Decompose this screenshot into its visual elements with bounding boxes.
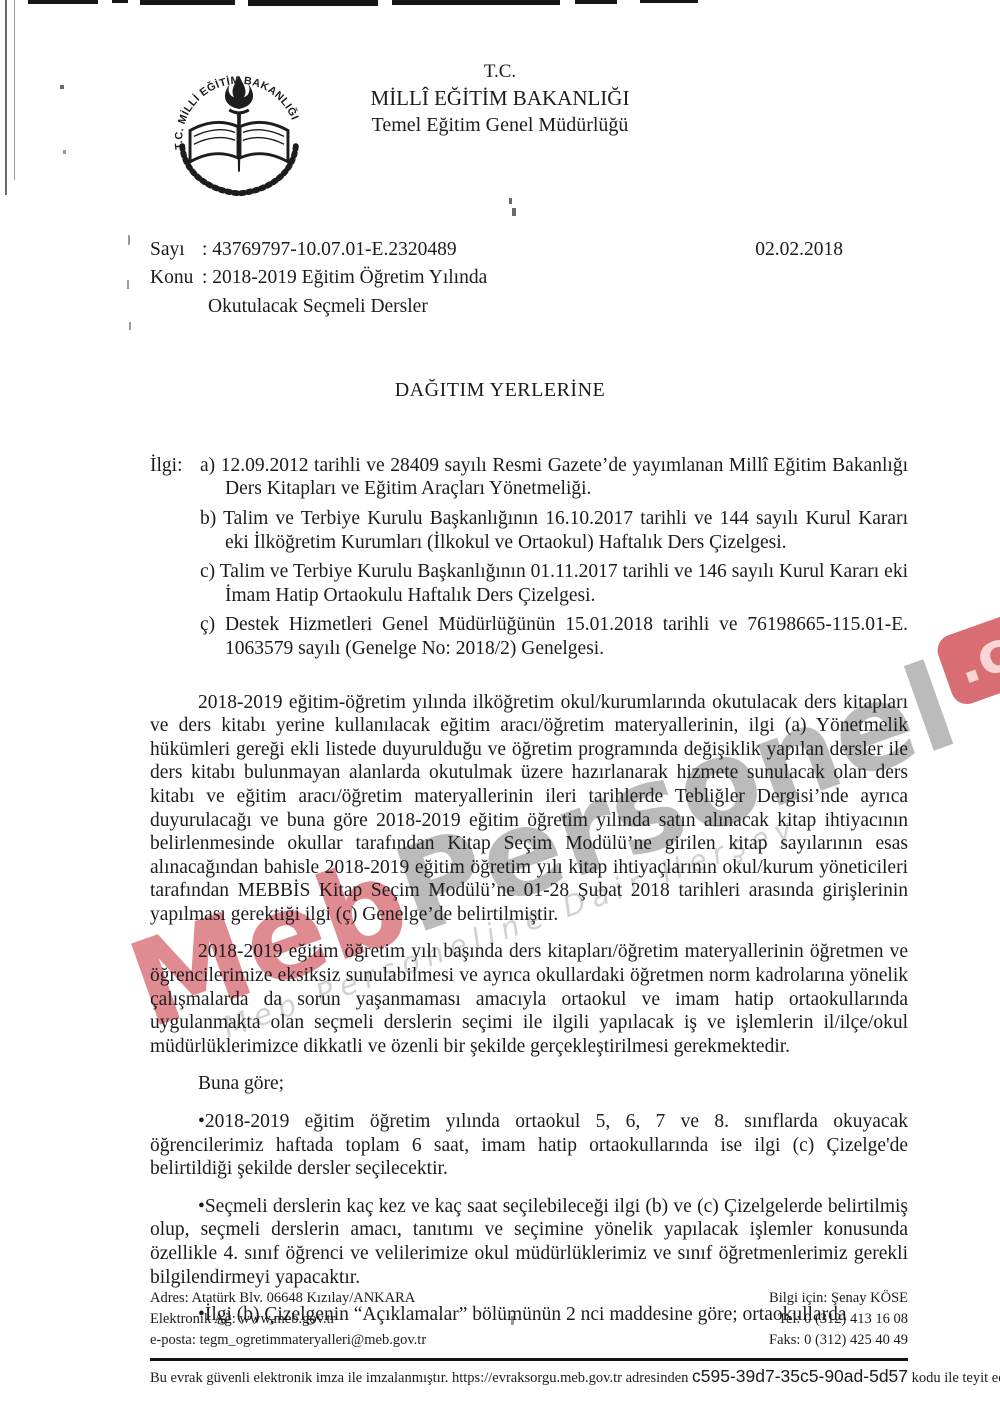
ilgi-item-b: b) Talim ve Terbiye Kurulu Başkanlığının… (200, 507, 908, 554)
sayi-label: Sayı (150, 236, 202, 264)
footer-fax: Faks: 0 (312) 425 40 49 (769, 1330, 908, 1351)
verify-text-post: kodu ile teyit edilebilir. (908, 1370, 1000, 1386)
body-paragraph: 2018-2019 eğitim öğretim yılı başında de… (150, 940, 908, 1058)
body-paragraph: Buna göre; (150, 1072, 908, 1096)
ilgi-item-c: c) Talim ve Terbiye Kurulu Başkanlığının… (200, 560, 908, 607)
letterhead: T.C. MİLLÎ EĞİTİM BAKANLIĞI Temel Eğitim… (0, 0, 1000, 138)
letter-footer: Adres: Atatürk Blv. 06648 Kızılay/ANKARA… (150, 1288, 908, 1389)
page-title: DAĞITIM YERLERİNE (0, 379, 1000, 402)
footer-phone: Tel: 0 (312) 413 16 08 (769, 1309, 908, 1330)
footer-email: e-posta: tegm_ogretimmateryalleri@meb.go… (150, 1330, 426, 1351)
verify-text-pre: Bu evrak güvenli elektronik imza ile imz… (150, 1370, 692, 1386)
doc-subject-line2: Okutulacak Seçmeli Dersler (208, 293, 908, 321)
doc-subject-line: Konu: 2018-2019 Eğitim Öğretim Yılında (150, 264, 908, 292)
footer-website: Elektronik Ağ: www.meb.gov.tr (150, 1309, 426, 1330)
letter-body: 2018-2019 eğitim-öğretim yılında ilköğre… (150, 691, 908, 1327)
scanned-official-letter: MebPersonel.com Meb Personeline Dair Her… (0, 0, 1000, 1410)
document-meta: Sayı: 43769797-10.07.01-E.2320489 02.02.… (150, 236, 908, 321)
doc-date: 02.02.2018 (755, 236, 843, 264)
body-bullet-paragraph: •2018-2019 eğitim öğretim yılında ortaok… (150, 1110, 908, 1181)
body-bullet-paragraph: •Seçmeli derslerin kaç kez ve kaç saat s… (150, 1195, 908, 1289)
doc-number-line: Sayı: 43769797-10.07.01-E.2320489 (150, 236, 457, 264)
e-signature-verification: Bu evrak güvenli elektronik imza ile imz… (150, 1364, 908, 1389)
ilgi-item-cc: ç) Destek Hizmetleri Genel Müdürlüğünün … (200, 613, 908, 660)
footer-contact-right: Bilgi için: Şenay KÖSE Tel: 0 (312) 413 … (769, 1288, 908, 1351)
sayi-value: : 43769797-10.07.01-E.2320489 (202, 239, 457, 260)
ministry-logo-icon: T.C. MİLLİ EĞİTİM BAKANLIĞI (160, 60, 318, 207)
ilgi-item-a: a) 12.09.2012 tarihli ve 28409 sayılı Re… (200, 454, 908, 501)
letterhead-directorate: Temel Eğitim Genel Müdürlüğü (0, 112, 1000, 138)
references-block: İlgi: a) 12.09.2012 tarihli ve 28409 say… (150, 454, 908, 661)
letterhead-ministry: MİLLÎ EĞİTİM BAKANLIĞI (0, 85, 1000, 112)
footer-divider (150, 1358, 908, 1361)
ilgi-label: İlgi: (150, 454, 183, 478)
body-paragraph: 2018-2019 eğitim-öğretim yılında ilköğre… (150, 691, 908, 927)
footer-contact-left: Adres: Atatürk Blv. 06648 Kızılay/ANKARA… (150, 1288, 426, 1351)
konu-label: Konu (150, 264, 202, 292)
footer-address: Adres: Atatürk Blv. 06648 Kızılay/ANKARA (150, 1288, 426, 1309)
verify-code: c595-39d7-35c5-90ad-5d57 (692, 1366, 908, 1386)
konu-value: : 2018-2019 Eğitim Öğretim Yılında (202, 267, 487, 288)
letterhead-republic: T.C. (0, 60, 1000, 85)
footer-contact-person: Bilgi için: Şenay KÖSE (769, 1288, 908, 1309)
